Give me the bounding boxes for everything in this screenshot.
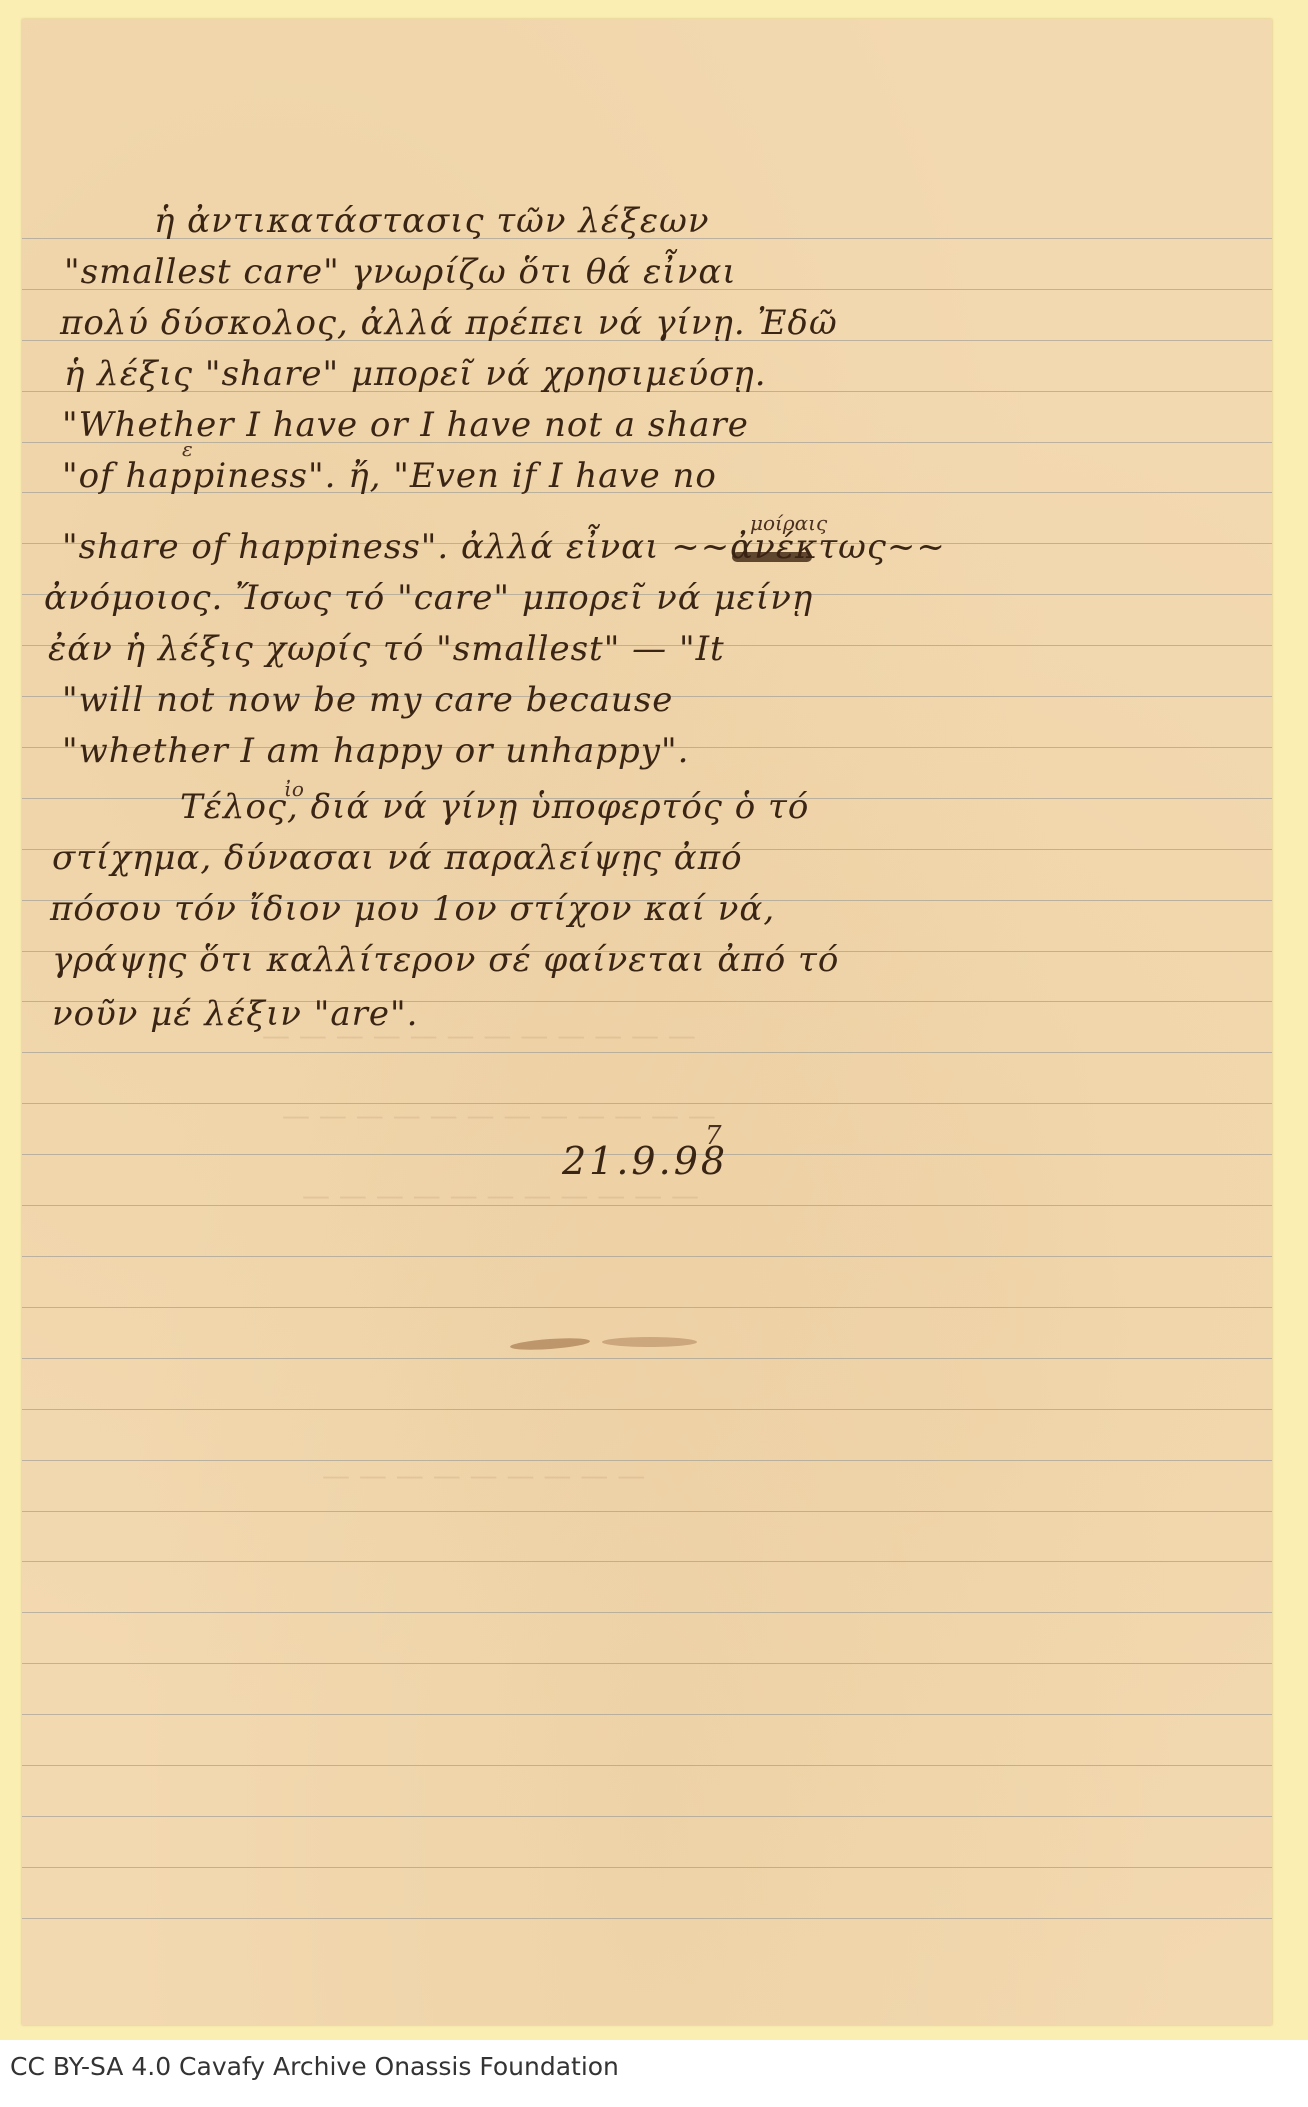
manuscript-line: "of happiness". ἤ, "Even if I have no	[62, 456, 717, 496]
ink-smudge	[510, 1336, 591, 1352]
scan-area: — — — — — — — — — — — — — — — — — — — — …	[0, 0, 1308, 2040]
manuscript-line: ἡ λέξις "share" μπορεῖ νά χρησιμεύσῃ.	[64, 354, 767, 394]
license-credit: CC BY-SA 4.0 Cavafy Archive Onassis Foun…	[10, 2052, 619, 2081]
manuscript-date: 21.9.98	[562, 1139, 728, 1183]
manuscript-line: πόσου τόν ἴδιον μου 1ον στίχον καί νά,	[50, 889, 775, 929]
manuscript-line: πολύ δύσκολος, ἀλλά πρέπει νά γίνῃ. Ἐδῶ	[60, 303, 838, 343]
manuscript-line: "smallest care" γνωρίζω ὅτι θά εἶναι	[64, 252, 737, 292]
ink-smudge	[602, 1337, 697, 1347]
manuscript-line: "Whether I have or I have not a share	[62, 405, 749, 445]
strikethrough-mark	[732, 552, 812, 562]
manuscript-line: ἐάν ἡ λέξις χωρίς τό "smallest" — "It	[48, 629, 725, 669]
manuscript-line: Τέλος, διά νά γίνῃ ὑποφερτός ὁ τό	[180, 787, 809, 827]
manuscript-line: γράψῃς ὅτι καλλίτερον σέ φαίνεται ἀπό τό	[52, 940, 839, 980]
manuscript-line: ἀνόμοιος. Ἴσως τό "care" μπορεῖ νά μείνῃ	[44, 578, 813, 618]
manuscript-line: ἡ ἀντικατάστασις τῶν λέξεων	[154, 201, 710, 241]
manuscript-line: "will not now be my care because	[62, 680, 673, 720]
manuscript-line: νοῦν μέ λέξιν "are".	[52, 994, 419, 1034]
manuscript-line: "share of happiness". ἀλλά εἶναι ~~ἀνέκτ…	[62, 527, 946, 567]
date-overwrite-mark: 7	[705, 1121, 722, 1151]
manuscript-line: "whether I am happy or unhappy".	[62, 731, 689, 771]
manuscript-page: — — — — — — — — — — — — — — — — — — — — …	[22, 19, 1272, 2025]
manuscript-text: ἡ ἀντικατάστασις τῶν λέξεων "smallest ca…	[22, 19, 1272, 2025]
manuscript-line: στίχημα, δύνασαι νά παραλείψῃς ἀπό	[52, 838, 743, 878]
